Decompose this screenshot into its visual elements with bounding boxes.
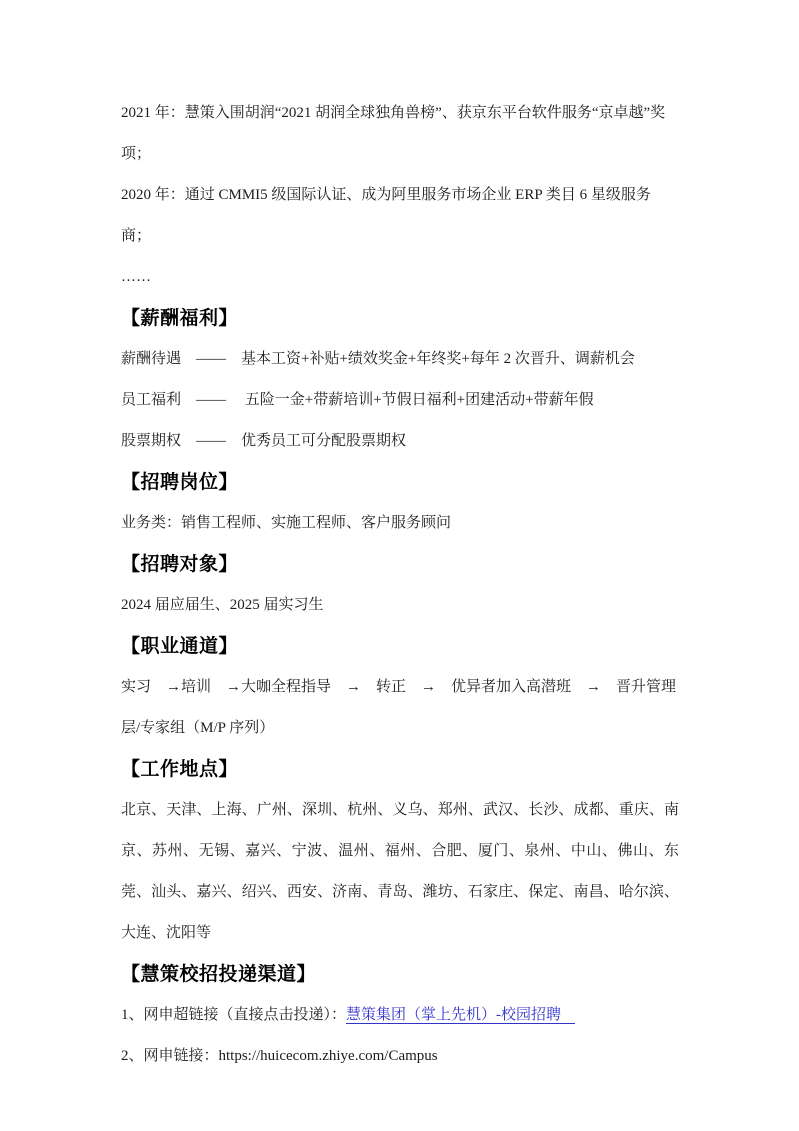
benefits-section-heading: 【薪酬福利】 xyxy=(121,298,679,339)
career-path-section-heading: 【职业通道】 xyxy=(121,626,679,667)
positions-line: 业务类：销售工程师、实施工程师、客户服务顾问 xyxy=(121,503,679,544)
targets-line: 2024 届应届生、2025 届实习生 xyxy=(121,585,679,626)
stock-option-line: 股票期权 —— 优秀员工可分配股票期权 xyxy=(121,421,679,462)
salary-line: 薪酬待遇 —— 基本工资+补贴+绩效奖金+年终奖+每年 2 次晋升、调薪机会 xyxy=(121,339,679,380)
locations-paragraph: 北京、天津、上海、广州、深圳、杭州、义乌、郑州、武汉、长沙、成都、重庆、南京、苏… xyxy=(121,790,679,954)
ellipsis-line: …… xyxy=(121,257,679,298)
welfare-line: 员工福利 —— 五险一金+带薪培训+节假日福利+团建活动+带薪年假 xyxy=(121,380,679,421)
apply-channels-section-heading: 【慧策校招投递渠道】 xyxy=(121,954,679,995)
apply-url-line: 2、网申链接：https://huicecom.zhiye.com/Campus xyxy=(121,1036,679,1077)
document-content: 2021 年：慧策入围胡润“2021 胡润全球独角兽榜”、获京东平台软件服务“京… xyxy=(121,93,679,1077)
locations-section-heading: 【工作地点】 xyxy=(121,749,679,790)
positions-section-heading: 【招聘岗位】 xyxy=(121,462,679,503)
targets-section-heading: 【招聘对象】 xyxy=(121,544,679,585)
apply-hyperlink-label: 1、网申超链接（直接点击投递）： xyxy=(121,1007,346,1023)
campus-recruitment-link[interactable]: 慧策集团（掌上先机）-校园招聘 xyxy=(346,1007,575,1024)
apply-hyperlink-line: 1、网申超链接（直接点击投递）：慧策集团（掌上先机）-校园招聘 xyxy=(121,995,679,1036)
milestone-2020-line: 2020 年：通过 CMMI5 级国际认证、成为阿里服务市场企业 ERP 类目 … xyxy=(121,175,679,257)
career-path-line: 实习 →培训 →大咖全程指导 → 转正 → 优异者加入高潜班 → 晋升管理层/专… xyxy=(121,667,679,749)
milestone-2021-line: 2021 年：慧策入围胡润“2021 胡润全球独角兽榜”、获京东平台软件服务“京… xyxy=(121,93,679,175)
document-page: 2021 年：慧策入围胡润“2021 胡润全球独角兽榜”、获京东平台软件服务“京… xyxy=(0,0,799,1131)
